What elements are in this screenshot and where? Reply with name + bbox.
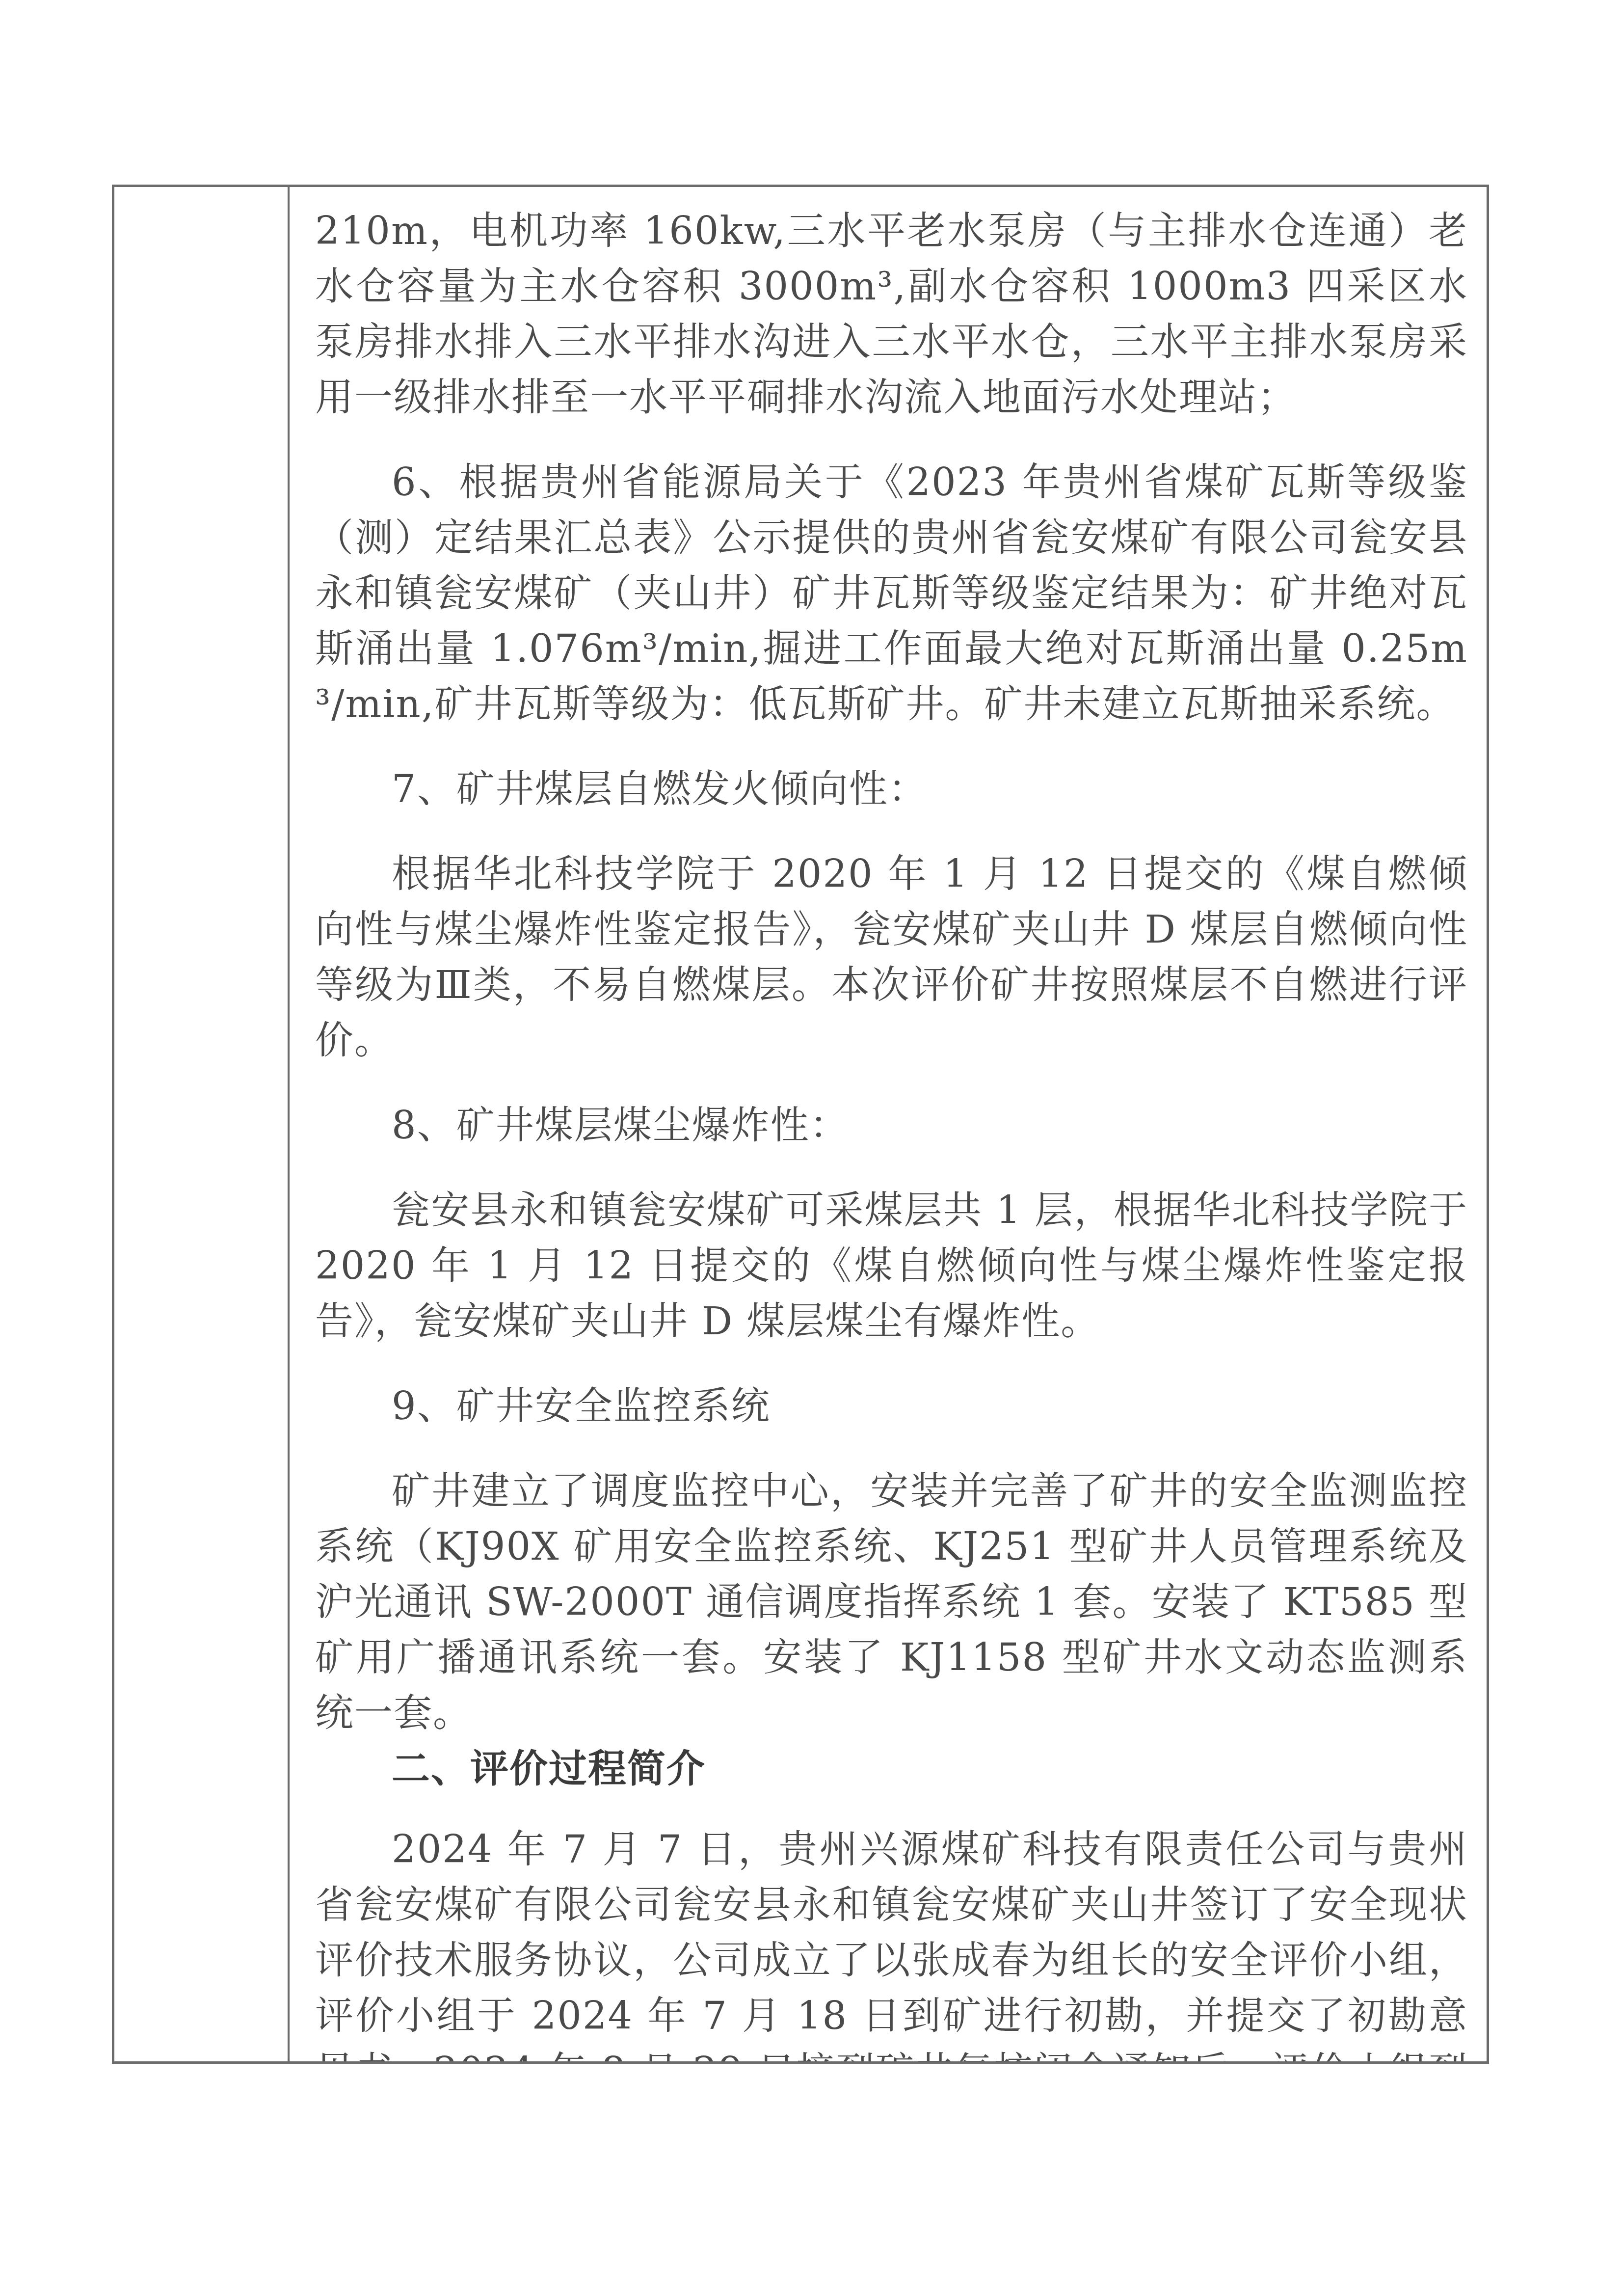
section-heading-evaluation-process: 二、评价过程简介 — [315, 1741, 1468, 1797]
paragraph-evaluation-process: 2024 年 7 月 7 日，贵州兴源煤矿科技有限责任公司与贵州省瓮安煤矿有限公… — [315, 1822, 1468, 2061]
paragraph-gas-grade: 6、根据贵州省能源局关于《2023 年贵州省煤矿瓦斯等级鉴（测）定结果汇总表》公… — [315, 455, 1468, 732]
paragraph-spontaneous-combustion: 根据华北科技学院于 2020 年 1 月 12 日提交的《煤自燃倾向性与煤尘爆炸… — [315, 847, 1468, 1069]
paragraph-safety-monitoring: 矿井建立了调度监控中心，安装并完善了矿井的安全监测监控系统（KJ90X 矿用安全… — [315, 1464, 1468, 1741]
table-left-cell — [114, 187, 290, 2061]
paragraph-drainage-continued: 210m，电机功率 160kw,三水平老水泵房（与主排水仓连通）老水仓容量为主水… — [315, 204, 1468, 426]
subheading-coal-dust-explosivity: 8、矿井煤层煤尘爆炸性： — [315, 1098, 1468, 1154]
table-content-cell: 210m，电机功率 160kw,三水平老水泵房（与主排水仓连通）老水仓容量为主水… — [290, 187, 1487, 2061]
subheading-safety-monitoring: 9、矿井安全监控系统 — [315, 1379, 1468, 1434]
paragraph-coal-dust-explosivity: 瓮安县永和镇瓮安煤矿可采煤层共 1 层，根据华北科技学院于 2020 年 1 月… — [315, 1183, 1468, 1350]
subheading-spontaneous-combustion: 7、矿井煤层自燃发火倾向性： — [315, 762, 1468, 817]
document-table: 210m，电机功率 160kw,三水平老水泵房（与主排水仓连通）老水仓容量为主水… — [112, 185, 1489, 2064]
